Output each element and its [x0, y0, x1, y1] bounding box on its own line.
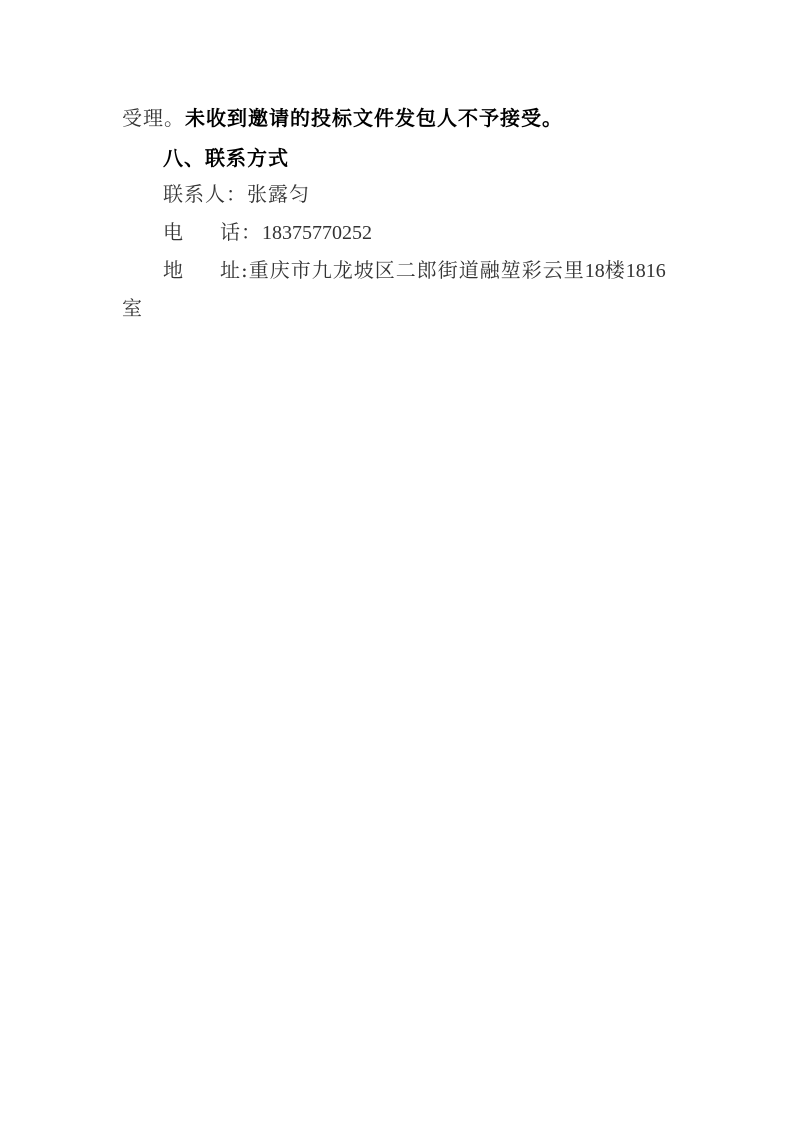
address-label-2: 址: — [220, 258, 249, 282]
phone-line: 电话：18375770252 — [163, 218, 372, 247]
contact-person-label: 联系人： — [163, 182, 247, 206]
contact-person-line: 联系人：张露匀 — [163, 180, 310, 208]
paragraph-end-line: 受理。未收到邀请的投标文件发包人不予接受。 — [122, 104, 563, 132]
address-value-part1: 重庆市九龙坡区二郎街道融堃彩云里 — [249, 258, 585, 282]
phone-value: 18375770252 — [262, 222, 372, 244]
address-value-part2: 楼 — [605, 258, 626, 282]
paragraph-bold-text: 未收到邀请的投标文件发包人不予接受。 — [185, 106, 563, 130]
paragraph-normal-text: 受理。 — [122, 106, 185, 130]
address-number-2: 1816 — [626, 260, 666, 282]
phone-label-1: 电 — [163, 220, 184, 244]
address-label-1: 地 — [163, 258, 184, 282]
section-heading: 八、联系方式 — [163, 144, 289, 172]
address-line: 地址:重庆市九龙坡区二郎街道融堃彩云里18楼1816 — [163, 256, 666, 285]
contact-person-value: 张露匀 — [247, 182, 310, 206]
address-number-1: 18 — [585, 260, 605, 282]
address-wrap-line: 室 — [122, 294, 143, 322]
phone-label-2: 话： — [220, 220, 262, 244]
